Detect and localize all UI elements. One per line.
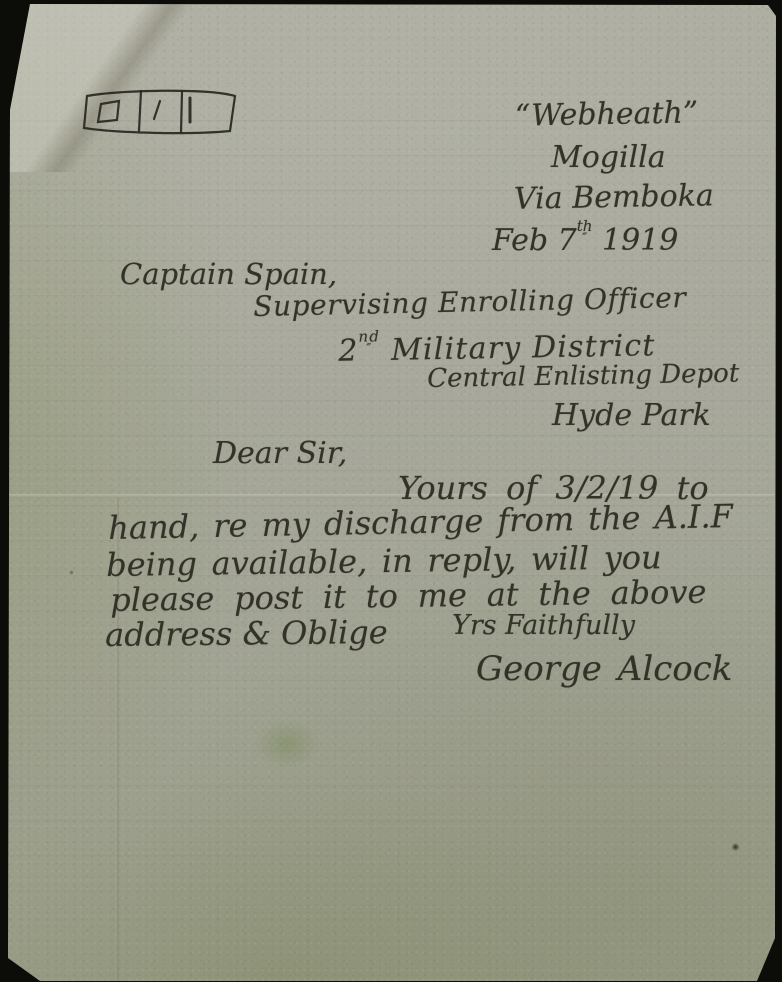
salutation: Dear Sir, xyxy=(213,439,347,469)
grading-box-outline xyxy=(84,91,235,133)
date-year: 1919 xyxy=(592,223,678,258)
recipient-line-4: Central Enlisting Depot xyxy=(427,361,739,392)
grading-box-mark-slash xyxy=(154,101,160,119)
closing: Yrs Faithfully xyxy=(452,612,635,639)
scanned-letter-background: “Webheath” Mogilla Via Bemboka Feb 7th″ … xyxy=(0,0,782,982)
sender-address-line-1: “Webheath” xyxy=(515,98,699,131)
district-ordinal-stack: nd″ xyxy=(358,330,380,354)
sender-address-line-3: Via Bemboka xyxy=(514,181,714,214)
letter-paper: “Webheath” Mogilla Via Bemboka Feb 7th″ … xyxy=(0,0,782,982)
ink-speck xyxy=(69,570,74,575)
body-line-2: hand, re my discharge from the A.I.F xyxy=(108,500,733,544)
grading-box xyxy=(78,86,246,140)
grading-box-divider-1 xyxy=(139,91,141,131)
ink-spot xyxy=(731,843,740,851)
date-prefix: Feb 7 xyxy=(492,223,577,258)
district-number: 2 xyxy=(338,333,359,368)
recipient-line-5: Hyde Park xyxy=(552,401,711,431)
date-ordinal-stack: th″ xyxy=(577,220,593,244)
grading-box-mark-zero xyxy=(98,101,119,122)
signature: George Alcock xyxy=(476,652,732,686)
sender-address-line-2: Mogilla xyxy=(551,143,666,173)
green-stain xyxy=(252,718,322,770)
grading-box-divider-2 xyxy=(181,92,182,132)
body-line-5: address & Oblige xyxy=(105,616,388,651)
recipient-line-1: Captain Spain, xyxy=(120,260,337,289)
date-line: Feb 7th″ 1919 xyxy=(492,220,678,256)
recipient-line-2: Supervising Enrolling Officer xyxy=(253,284,686,321)
